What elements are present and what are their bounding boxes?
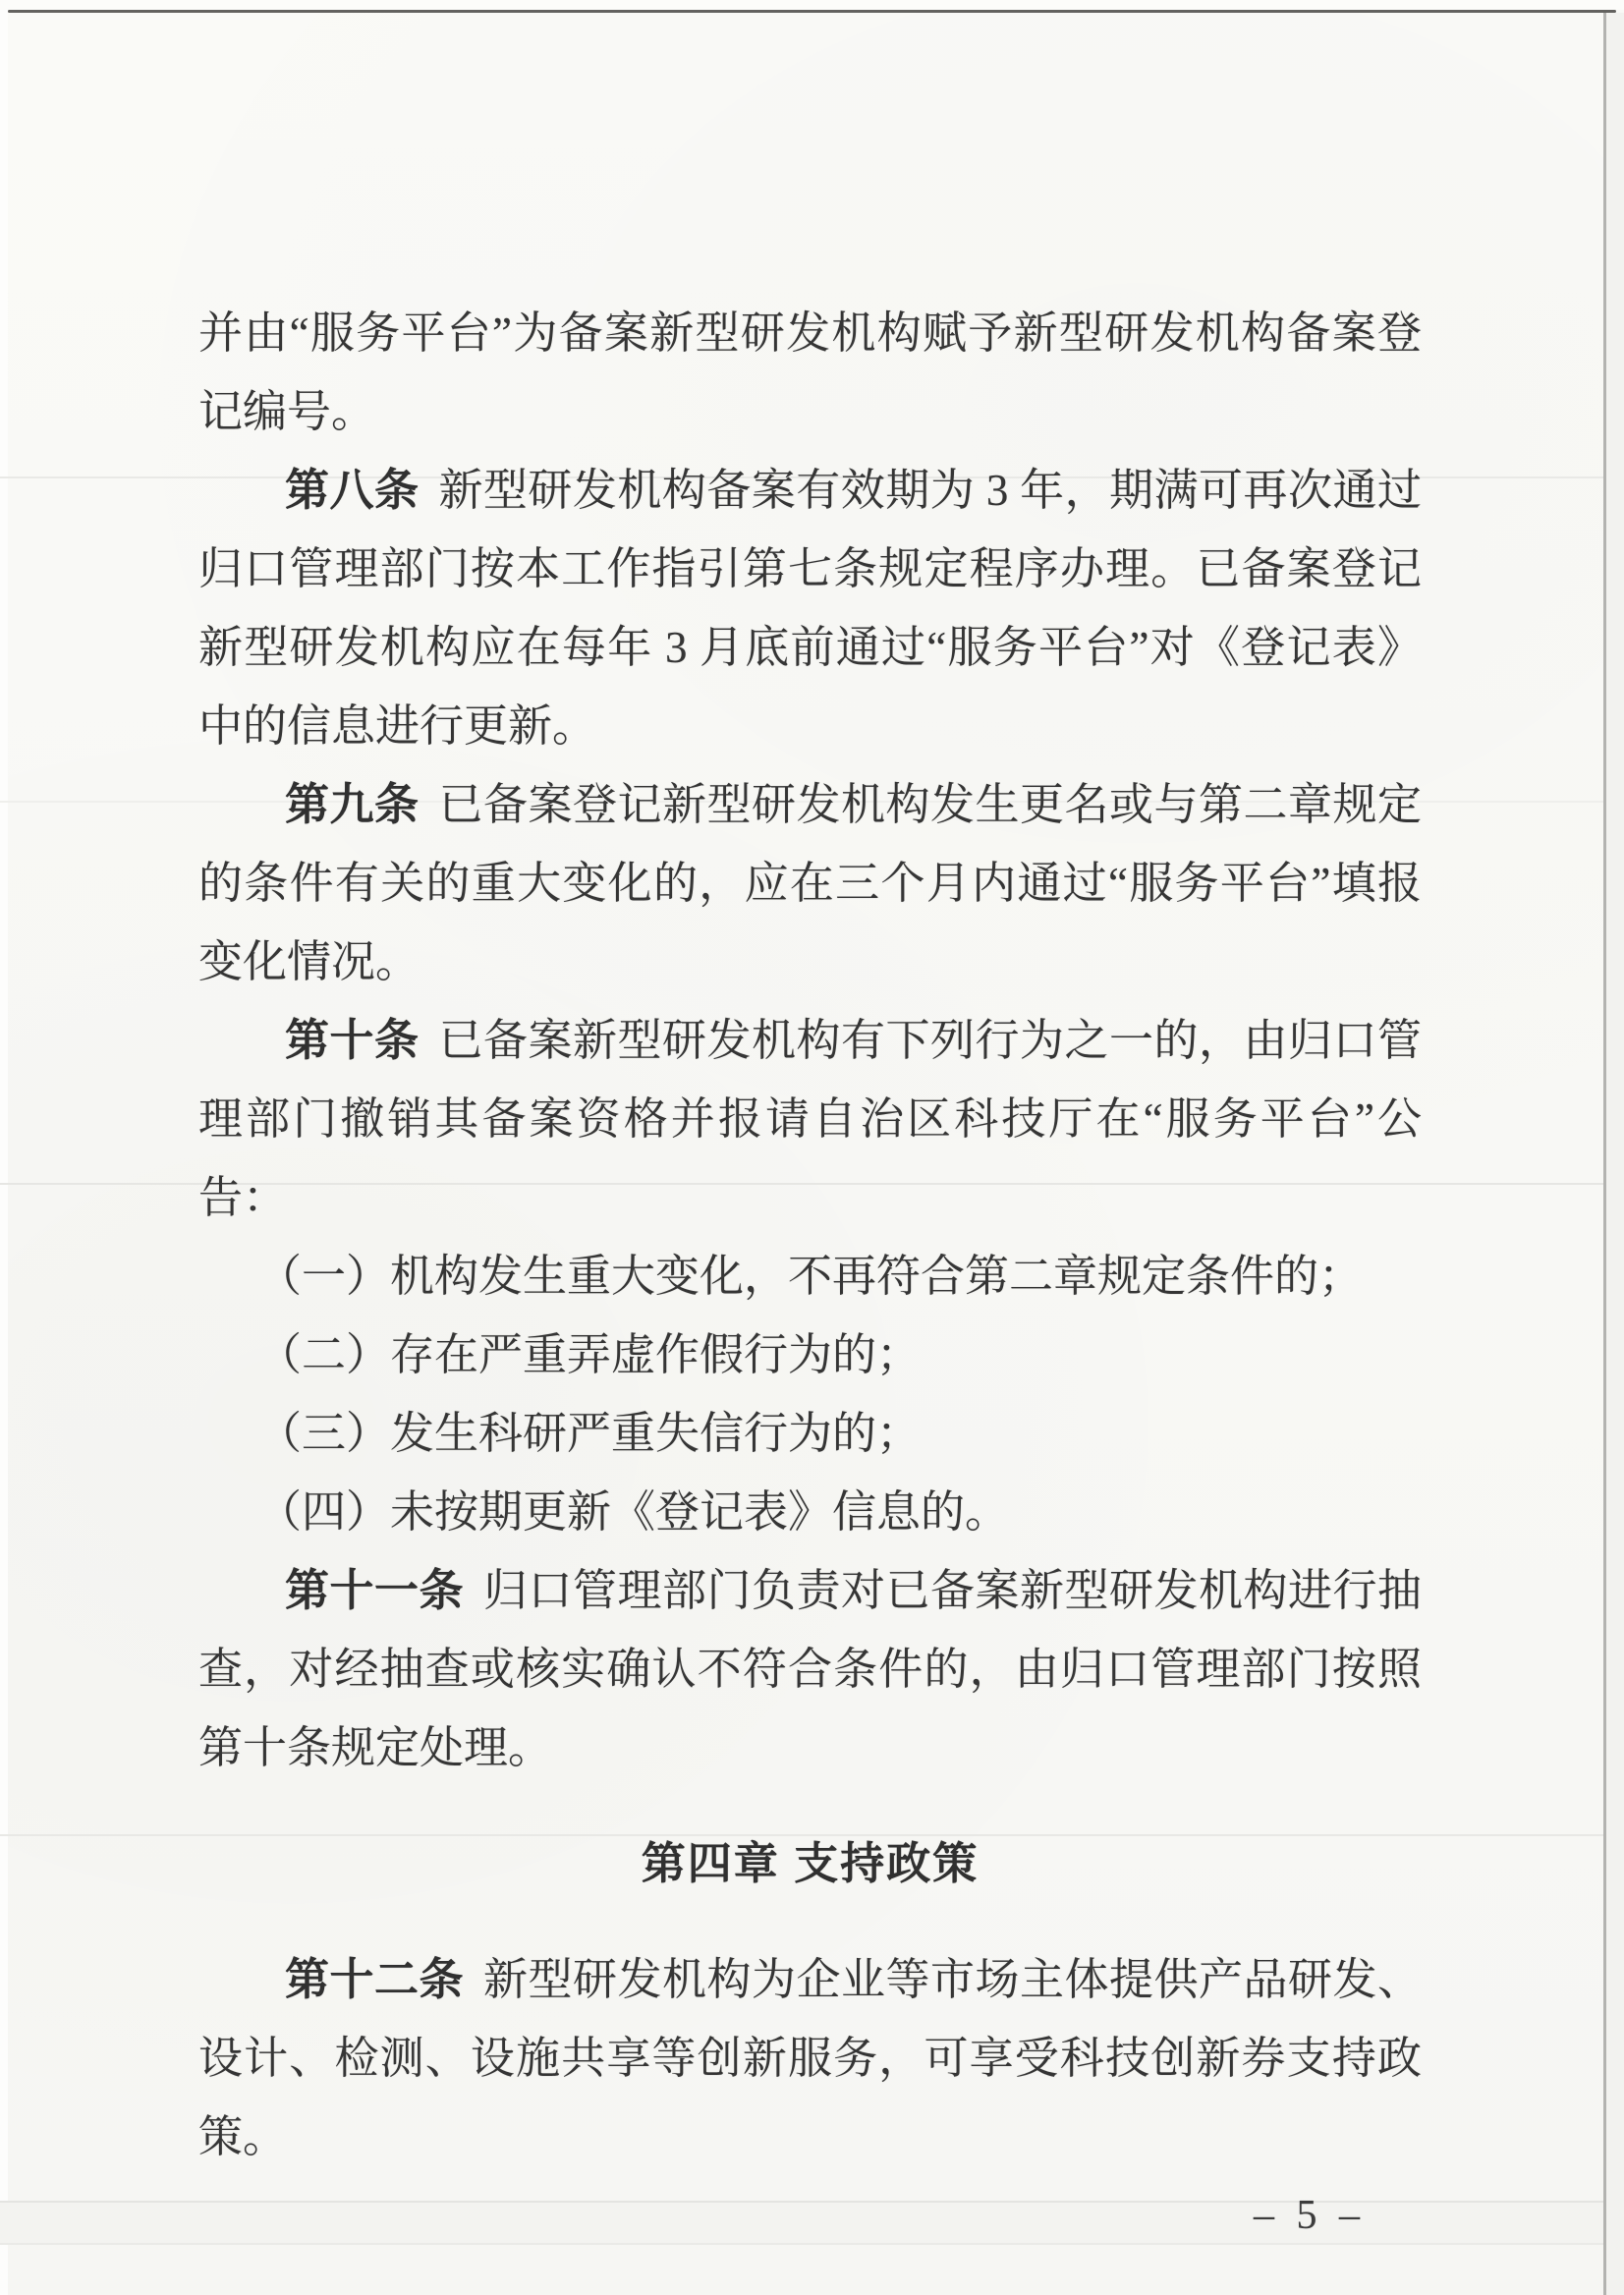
document-body: 并由“服务平台”为备案新型研发机构赋予新型研发机构备案登记编号。 第八条新型研发… — [198, 294, 1422, 2255]
article-8-label: 第八条 — [285, 465, 419, 515]
article-12-label: 第十二条 — [285, 1954, 464, 2004]
paragraph-article-10: 第十条已备案新型研发机构有下列行为之一的，由归口管理部门撤销其备案资格并报请自治… — [198, 1001, 1422, 1237]
paragraph-article-9: 第九条已备案登记新型研发机构发生更名或与第二章规定的条件有关的重大变化的，应在三… — [198, 765, 1422, 1001]
paragraph-article-11: 第十一条归口管理部门负责对已备案新型研发机构进行抽查，对经抽查或核实确认不符合条… — [198, 1551, 1422, 1787]
page-number: – 5 – — [198, 2176, 1422, 2255]
list-item-3: （三）发生科研严重失信行为的； — [198, 1394, 1422, 1473]
paragraph-article-12: 第十二条新型研发机构为企业等市场主体提供产品研发、设计、检测、设施共享等创新服务… — [198, 1940, 1422, 2176]
list-item-2: （二）存在严重弄虚作假行为的； — [198, 1315, 1422, 1394]
chapter-4-heading: 第四章 支持政策 — [198, 1824, 1422, 1903]
scan-top-margin — [0, 0, 1624, 10]
article-11-label: 第十一条 — [285, 1565, 464, 1615]
paragraph-article-8: 第八条新型研发机构备案有效期为 3 年，期满可再次通过归口管理部门按本工作指引第… — [198, 451, 1422, 765]
scanned-document-page: 并由“服务平台”为备案新型研发机构赋予新型研发机构备案登记编号。 第八条新型研发… — [0, 0, 1624, 2295]
list-item-4: （四）未按期更新《登记表》信息的。 — [198, 1473, 1422, 1551]
scan-top-edge-line — [8, 10, 1616, 13]
scan-left-paper-edge — [0, 0, 8, 2295]
article-9-label: 第九条 — [285, 779, 420, 829]
paragraph-continuation: 并由“服务平台”为备案新型研发机构赋予新型研发机构备案登记编号。 — [198, 294, 1422, 451]
article-10-label: 第十条 — [285, 1015, 420, 1065]
list-item-1: （一）机构发生重大变化，不再符合第二章规定条件的； — [198, 1237, 1422, 1315]
scan-right-paper-edge — [1606, 13, 1624, 2295]
